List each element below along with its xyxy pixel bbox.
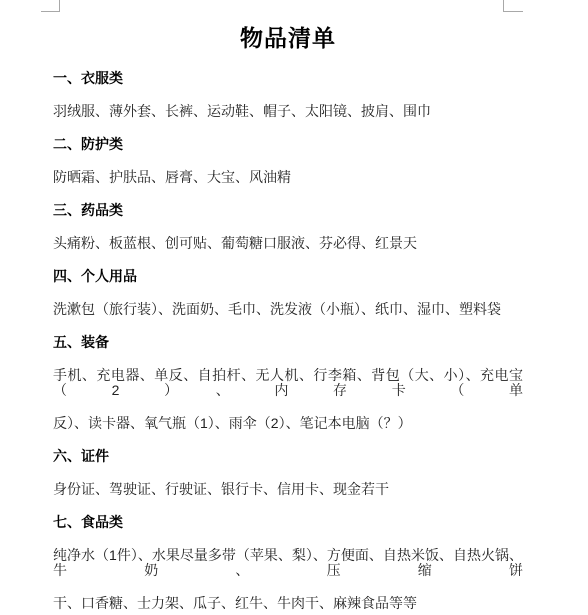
section-food-heading: 七、食品类 <box>53 515 523 530</box>
document-content: 物品清单 一、衣服类 羽绒服、薄外套、长裤、运动鞋、帽子、太阳镜、披肩、围巾 二… <box>53 0 523 611</box>
section-medicine-heading: 三、药品类 <box>53 203 523 218</box>
section-clothing-items: 羽绒服、薄外套、长裤、运动鞋、帽子、太阳镜、披肩、围巾 <box>53 104 523 119</box>
section-protection-items: 防晒霜、护肤品、唇膏、大宝、风油精 <box>53 170 523 185</box>
section-food-items-line-1: 纯净水（1件）、水果尽量多带（苹果、梨）、方便面、自热米饭、自热火锅、牛奶、压缩… <box>53 548 523 578</box>
section-gear-heading: 五、装备 <box>53 335 523 350</box>
section-medicine-items: 头痛粉、板蓝根、创可贴、葡萄糖口服液、芬必得、红景天 <box>53 236 523 251</box>
document-title: 物品清单 <box>53 25 523 51</box>
section-personal-heading: 四、个人用品 <box>53 269 523 284</box>
section-gear-items-line-1: 手机、充电器、单反、自拍杆、无人机、行李箱、背包（大、小）、充电宝（2）、内存卡… <box>53 368 523 398</box>
section-gear-items-line-2: 反）、读卡器、氧气瓶（1）、雨伞（2）、笔记本电脑（？） <box>53 416 523 431</box>
section-clothing-heading: 一、衣服类 <box>53 71 523 86</box>
section-documents-heading: 六、证件 <box>53 449 523 464</box>
section-food-items-line-2: 干、口香糖、士力架、瓜子、红牛、牛肉干、麻辣食品等等 <box>53 596 523 611</box>
section-personal-items: 洗漱包（旅行装）、洗面奶、毛巾、洗发液（小瓶）、纸巾、湿巾、塑料袋 <box>53 302 523 317</box>
section-documents-items: 身份证、驾驶证、行驶证、银行卡、信用卡、现金若干 <box>53 482 523 497</box>
section-protection-heading: 二、防护类 <box>53 137 523 152</box>
document-page: 物品清单 一、衣服类 羽绒服、薄外套、长裤、运动鞋、帽子、太阳镜、披肩、围巾 二… <box>0 0 588 615</box>
